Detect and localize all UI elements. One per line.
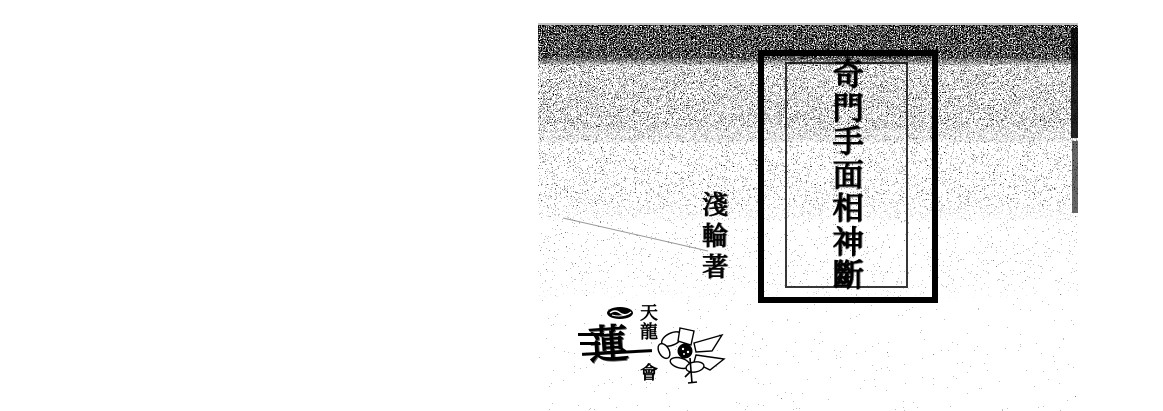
brush-stroke (580, 342, 600, 345)
lotus-flower-icon (654, 325, 726, 389)
author-char: 淺 (702, 191, 728, 222)
scan-edge-streak (1071, 28, 1078, 138)
author-char: 著 (702, 253, 728, 284)
title-char: 手 (833, 126, 864, 160)
brush-stroke (578, 333, 604, 336)
scan-region: 奇 門 手 面 相 神 斷 淺 輪 著 蓮 天 (538, 23, 1078, 411)
scanned-page: 奇 門 手 面 相 神 斷 淺 輪 著 蓮 天 (0, 0, 1163, 411)
author-byline: 淺 輪 著 (698, 191, 732, 284)
publisher-emblem: 蓮 天 龍 會 (578, 301, 748, 411)
title-char: 門 (833, 93, 864, 127)
author-char: 輪 (702, 222, 728, 253)
book-title: 奇 門 手 面 相 神 斷 (824, 59, 872, 294)
title-char: 面 (833, 160, 864, 194)
title-char: 奇 (833, 59, 864, 93)
scan-edge-streak (1072, 141, 1078, 213)
title-char: 相 (833, 193, 864, 227)
title-char: 斷 (833, 260, 864, 294)
emblem-char: 天 (640, 305, 658, 324)
title-char: 神 (833, 227, 864, 261)
